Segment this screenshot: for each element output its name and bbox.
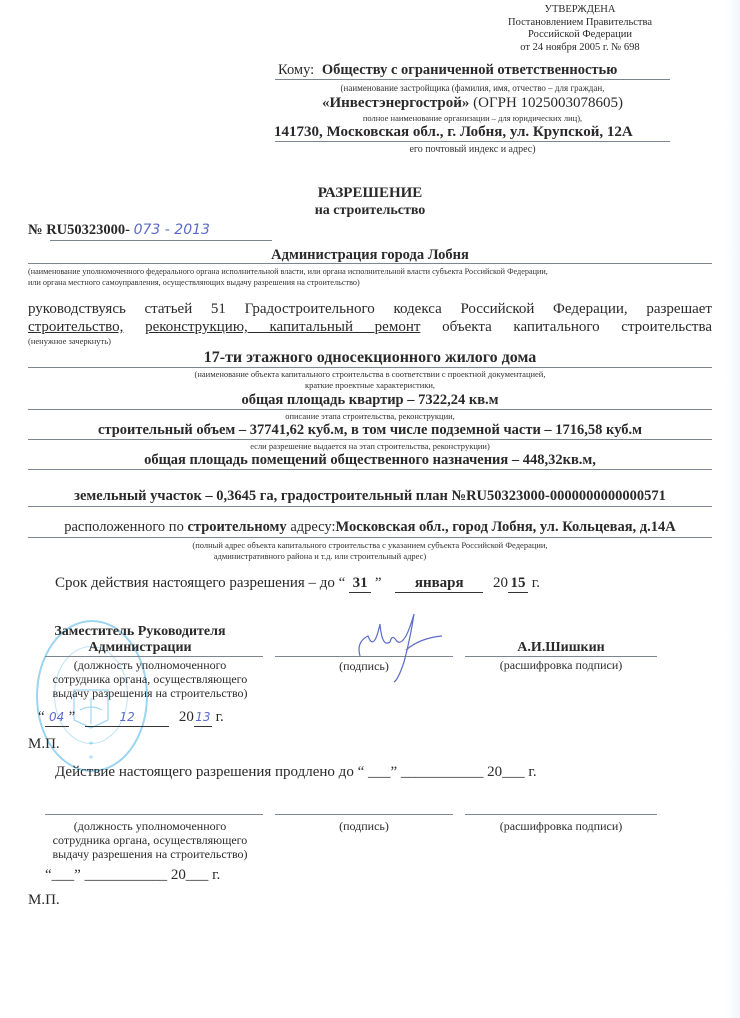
recipient-hint-1: (наименование застройщика (фамилия, имя,… bbox=[275, 83, 670, 94]
extension-position-hint: (должность уполномоченного сотрудника ор… bbox=[40, 819, 260, 861]
extension-line: Действие настоящего разрешения продлено … bbox=[55, 763, 537, 781]
issue-day: 04 bbox=[45, 708, 69, 727]
rule bbox=[50, 240, 272, 241]
object-hint-2: краткие проектные характеристики, bbox=[28, 380, 712, 391]
rule bbox=[275, 79, 670, 80]
svg-text:*: * bbox=[89, 740, 94, 751]
approval-line-3: Российской Федерации bbox=[480, 29, 680, 42]
validity-month: января bbox=[395, 574, 483, 593]
rule bbox=[275, 814, 453, 815]
location-bold-word: строительному bbox=[187, 519, 286, 535]
validity-line: Срок действия настоящего разрешения – до… bbox=[55, 574, 540, 593]
permit-number-printed: RU50323000- bbox=[46, 222, 130, 238]
issue-month: 12 bbox=[85, 708, 169, 727]
position-hint-3: выдачу разрешения на строительство) bbox=[40, 686, 260, 700]
rule bbox=[28, 506, 712, 507]
recipient-company: «Инвестэнергострой» bbox=[322, 95, 469, 111]
recipient-hint-3: его почтовый индекс и адрес) bbox=[275, 144, 670, 155]
recipient-address: 141730, Московская обл., г. Лобня, ул. К… bbox=[274, 124, 674, 141]
strike-hint: (ненужное зачеркнуть) bbox=[28, 336, 111, 347]
rule bbox=[28, 469, 712, 470]
recipient-name-1: Обществу с ограниченной ответственностью bbox=[322, 62, 617, 78]
document-title: РАЗРЕШЕНИЕ bbox=[0, 185, 740, 202]
permit-number: № RU50323000- 073 - 2013 bbox=[28, 222, 210, 239]
issue-year-end: г. bbox=[216, 709, 224, 725]
building-volume: строительный объем – 37741,62 куб.м, в т… bbox=[28, 422, 712, 439]
object-hint-3: описание этапа строительства, реконструк… bbox=[28, 411, 712, 422]
issue-date: “04” 12 2013 г. bbox=[38, 708, 224, 727]
signer-hint: (расшифровка подписи) bbox=[465, 658, 657, 673]
struck-options: реконструкцию, капитальный ремонт bbox=[145, 319, 420, 335]
rule bbox=[28, 263, 712, 264]
recipient-line-1: Кому: Обществу с ограниченной ответствен… bbox=[278, 62, 668, 79]
permit-number-handwritten: 073 - 2013 bbox=[134, 222, 210, 238]
location-prefix: расположенного по bbox=[64, 519, 187, 535]
rule bbox=[28, 409, 712, 410]
validity-day: 31 bbox=[349, 574, 371, 593]
validity-year-prefix: 20 bbox=[493, 575, 508, 591]
signature-hint: (подпись) bbox=[275, 658, 453, 674]
extension-signature-hint: (подпись) bbox=[275, 819, 453, 834]
authority-name: Администрация города Лобня bbox=[28, 247, 712, 264]
rule bbox=[28, 439, 712, 440]
location-address: Московская обл., город Лобня, ул. Кольце… bbox=[336, 519, 676, 535]
extension-signer-hint: (расшифровка подписи) bbox=[465, 819, 657, 834]
extension-hint-2: сотрудника органа, осуществляющего bbox=[40, 833, 260, 847]
rule bbox=[465, 656, 657, 657]
recipient-label: Кому: bbox=[278, 62, 314, 78]
validity-quote-close: ” bbox=[375, 575, 382, 591]
date-quote-open: “ bbox=[38, 709, 45, 725]
land-plot: земельный участок – 0,3645 га, градостро… bbox=[28, 488, 712, 505]
body-line-1: руководствуясь статьей 51 Градостроитель… bbox=[28, 300, 712, 318]
approval-line-2: Постановлением Правительства bbox=[480, 17, 680, 30]
location-line: расположенного по строительному адресу:М… bbox=[28, 519, 712, 536]
body-line-2: строительство, реконструкцию, капитальны… bbox=[28, 318, 712, 336]
extension-hint-1: (должность уполномоченного bbox=[40, 819, 260, 833]
rule bbox=[28, 537, 712, 538]
authority-hint-2: или органа местного самоуправления, осущ… bbox=[28, 277, 718, 288]
apartments-area: общая площадь квартир – 7322,24 кв.м bbox=[28, 392, 712, 409]
public-area: общая площадь помещений общественного на… bbox=[28, 452, 712, 469]
recipient-line-2: «Инвестэнергострой» (ОГРН 1025003078605) bbox=[275, 95, 670, 112]
object-name: 17-ти этажного односекционного жилого до… bbox=[28, 349, 712, 367]
issue-year-prefix: 20 bbox=[179, 709, 194, 725]
validity-year-end: г. bbox=[532, 575, 540, 591]
rule bbox=[465, 814, 657, 815]
seal-label: М.П. bbox=[28, 735, 60, 753]
location-middle: адресу: bbox=[287, 519, 336, 535]
approval-header: УТВЕРЖДЕНА Постановлением Правительства … bbox=[480, 4, 680, 54]
document-subtitle: на строительство bbox=[0, 203, 740, 219]
extension-seal: М.П. bbox=[28, 891, 60, 909]
issue-year-suffix: 13 bbox=[194, 708, 212, 727]
recipient-ogrn: (ОГРН 1025003078605) bbox=[469, 95, 623, 111]
location-hint-1: (полный адрес объекта капитального строи… bbox=[28, 540, 712, 551]
recipient-hint-2: полное наименование организации – для юр… bbox=[275, 113, 670, 124]
scan-edge bbox=[726, 0, 740, 1018]
object-hint-4: если разрешение выдается на этап строите… bbox=[28, 441, 712, 452]
construction-option: строительство, bbox=[28, 319, 123, 335]
extension-date: “___” ___________ 20___ г. bbox=[45, 866, 220, 884]
position-hint-2: сотрудника органа, осуществляющего bbox=[40, 672, 260, 686]
signer-position-2: Администрации bbox=[40, 640, 240, 656]
rule bbox=[45, 814, 263, 815]
position-hint-1: (должность уполномоченного bbox=[40, 658, 260, 672]
position-hint: (должность уполномоченного сотрудника ор… bbox=[40, 658, 260, 700]
validity-year-suffix: 15 bbox=[508, 574, 528, 593]
signer-name: А.И.Шишкин bbox=[465, 640, 657, 656]
body-line-2-rest: объекта капитального строительства bbox=[442, 319, 712, 335]
rule bbox=[45, 656, 263, 657]
object-hint-1: (наименование объекта капитального строи… bbox=[28, 369, 712, 380]
rule bbox=[28, 367, 712, 368]
number-sign: № bbox=[28, 222, 43, 238]
rule bbox=[275, 141, 670, 142]
approval-line-1: УТВЕРЖДЕНА bbox=[480, 4, 680, 17]
signer-position-1: Заместитель Руководителя bbox=[40, 624, 240, 640]
authority-hint-1: (наименование уполномоченного федерально… bbox=[28, 266, 718, 277]
validity-text: Срок действия настоящего разрешения – до… bbox=[55, 575, 345, 591]
extension-hint-3: выдачу разрешения на строительство) bbox=[40, 847, 260, 861]
approval-line-4: от 24 ноября 2005 г. № 698 bbox=[480, 42, 680, 55]
date-quote-close: ” bbox=[69, 709, 76, 725]
location-hint-2: административного района и т.д. или стро… bbox=[0, 551, 640, 562]
